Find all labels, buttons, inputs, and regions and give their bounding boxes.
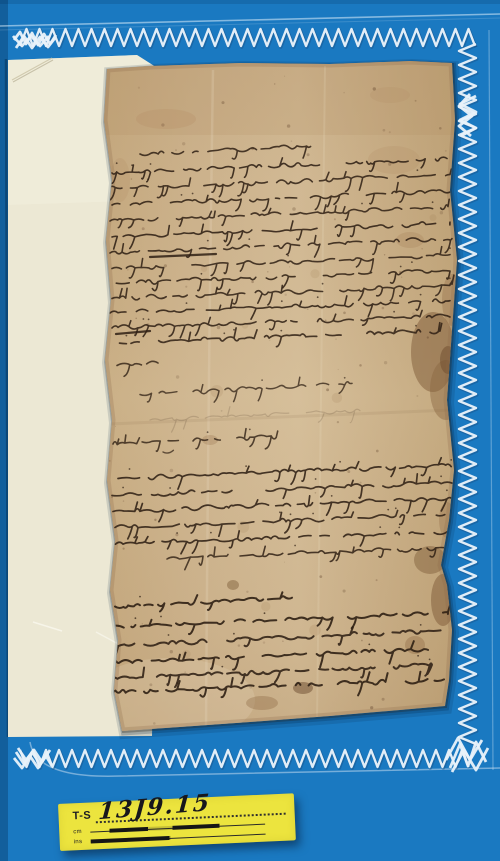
genizah-photo-scene: T-S 13J9.15 cm ins (0, 0, 500, 861)
ruler-unit-cm: cm (73, 829, 82, 835)
ruler-bar-ins (91, 832, 266, 844)
ruler-unit-ins: ins (74, 839, 83, 845)
manuscript-photo (0, 0, 500, 861)
classmark-prefix: T-S (72, 810, 91, 823)
